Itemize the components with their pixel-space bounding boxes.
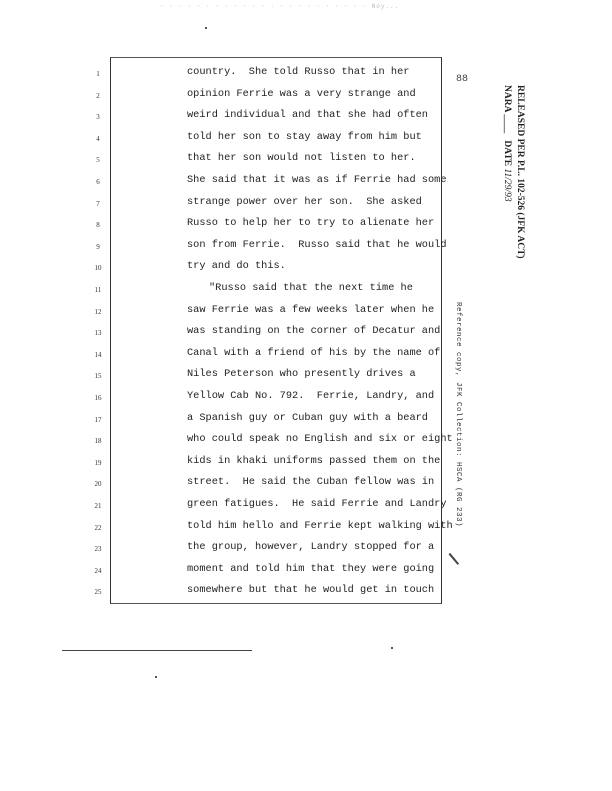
line-number: 22 (88, 524, 108, 532)
scan-speck (155, 676, 157, 678)
transcript-line: son from Ferrie. Russo said that he woul… (187, 239, 447, 251)
transcript-line: country. She told Russo that in her (187, 66, 409, 78)
transcript-line: She said that it was as if Ferrie had so… (187, 174, 447, 186)
line-number: 21 (88, 502, 108, 510)
transcript-line: street. He said the Cuban fellow was in (187, 476, 434, 488)
stamp-release-line: RELEASED PER P.L. 102-526 (JFK ACT) (513, 85, 526, 259)
line-number: 7 (88, 200, 108, 208)
transcript-line: Russo to help her to try to alienate her (187, 217, 434, 229)
line-number: 1 (88, 70, 108, 78)
line-number: 12 (88, 308, 108, 316)
line-number: 24 (88, 567, 108, 575)
scan-speck (391, 647, 393, 649)
transcript-line: somewhere but that he would get in touch (187, 584, 434, 596)
transcript-line: Niles Peterson who presently drives a (187, 368, 416, 380)
stamp-date-label: DATE (502, 140, 512, 166)
transcript-line: opinion Ferrie was a very strange and (187, 88, 416, 100)
line-number: 3 (88, 113, 108, 121)
transcript-line: was standing on the corner of Decatur an… (187, 325, 440, 337)
transcript-line: kids in khaki uniforms passed them on th… (187, 455, 440, 467)
transcript-line: "Russo said that the next time he (209, 282, 413, 294)
pencil-check-mark (449, 553, 459, 565)
line-number: 23 (88, 545, 108, 553)
transcript-line: told her son to stay away from him but (187, 131, 422, 143)
line-number: 11 (88, 286, 108, 294)
line-number: 20 (88, 480, 108, 488)
line-number: 17 (88, 416, 108, 424)
scan-header-artifact: · · · · · · · · · · · · · · · · · · · · … (160, 3, 399, 10)
line-number: 5 (88, 156, 108, 164)
transcript-line: a Spanish guy or Cuban guy with a beard (187, 412, 428, 424)
line-number: 4 (88, 135, 108, 143)
stamp-nara-initials: ____ (502, 114, 512, 133)
scan-speck (205, 27, 207, 29)
line-number: 19 (88, 459, 108, 467)
transcript-line: the group, however, Landry stopped for a (187, 541, 434, 553)
transcript-line: moment and told him that they were going (187, 563, 434, 575)
stamp-date-value: 11/29/93 (502, 169, 512, 202)
transcript-line: who could speak no English and six or ei… (187, 433, 453, 445)
line-number: 14 (88, 351, 108, 359)
line-number: 6 (88, 178, 108, 186)
page-number: 88 (456, 74, 468, 85)
transcript-line: weird individual and that she had often (187, 109, 428, 121)
footer-rule (62, 650, 252, 651)
transcript-line: Canal with a friend of his by the name o… (187, 347, 440, 359)
transcript-line: Yellow Cab No. 792. Ferrie, Landry, and (187, 390, 434, 402)
transcript-line: saw Ferrie was a few weeks later when he (187, 304, 434, 316)
line-number: 10 (88, 264, 108, 272)
transcript-line: try and do this. (187, 260, 286, 272)
transcript-line: green fatigues. He said Ferrie and Landr… (187, 498, 447, 510)
transcript-line: told him hello and Ferrie kept walking w… (187, 520, 453, 532)
transcript-line: strange power over her son. She asked (187, 196, 422, 208)
line-number: 15 (88, 372, 108, 380)
reference-copy-note: Reference copy, JFK Collection: HSCA (RG… (454, 302, 462, 527)
line-number: 2 (88, 92, 108, 100)
line-number: 18 (88, 437, 108, 445)
stamp-nara-label: NARA (502, 85, 512, 112)
stamp-nara-date-line: NARA ____ DATE 11/29/93 (500, 85, 513, 259)
line-number: 8 (88, 221, 108, 229)
line-number: 9 (88, 243, 108, 251)
line-number: 25 (88, 588, 108, 596)
transcript-line: that her son would not listen to her. (187, 152, 416, 164)
line-number: 13 (88, 329, 108, 337)
line-number: 16 (88, 394, 108, 402)
release-stamp: RELEASED PER P.L. 102-526 (JFK ACT) NARA… (500, 85, 526, 259)
